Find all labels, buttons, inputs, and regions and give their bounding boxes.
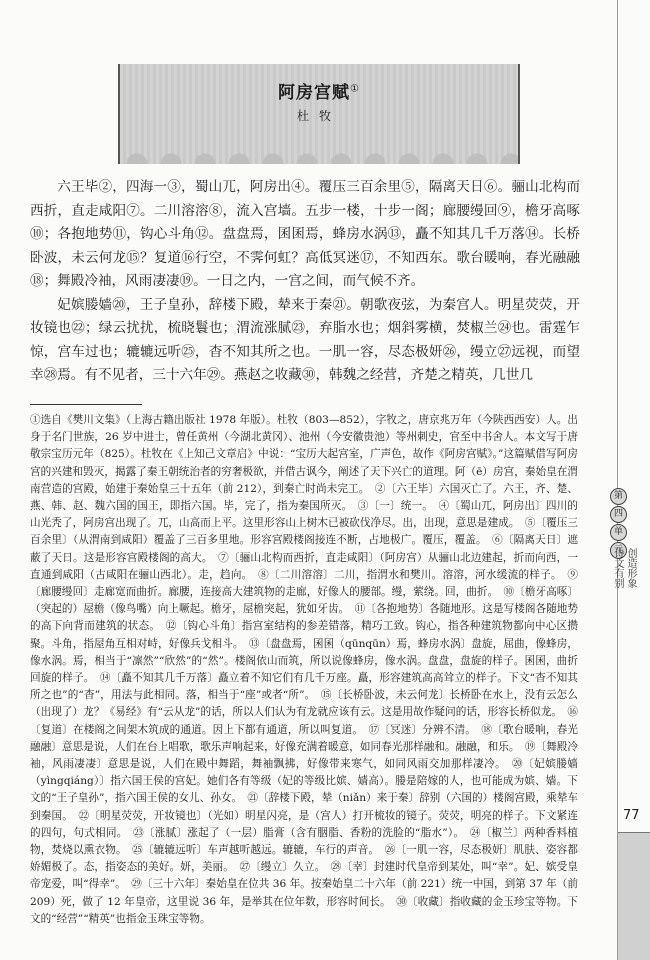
unit-theme-text: 创造形象 — [624, 548, 637, 588]
footnote-divider — [30, 404, 142, 405]
paragraph: 六王毕②，四海一③，蜀山兀，阿房出④。覆压三百余里⑤，隔离天日⑥。骊山北构而西折… — [30, 176, 580, 294]
unit-badge: 第 — [610, 488, 627, 505]
wave-pattern-decoration — [120, 142, 518, 164]
author-name: 杜牧 — [120, 107, 518, 124]
footnotes: ①选自《樊川文集》（上海古籍出版社 1978 年版）。杜牧（803—852），字… — [30, 412, 578, 928]
footnote-text: ①选自《樊川文集》（上海古籍出版社 1978 年版）。杜牧（803—852），字… — [30, 412, 578, 928]
unit-badge: 单 — [610, 524, 627, 541]
unit-badge: 四 — [610, 506, 627, 523]
page-title: 阿房宫赋① — [120, 78, 518, 103]
unit-theme: 创造形象 诗文有别 — [623, 548, 637, 588]
paragraph: 妃嫔媵嫱⑳，王子皇孙，辞楼下殿，辇来于秦㉑。朝歌夜弦，为秦宫人。明星荧荧，开妆镜… — [30, 294, 580, 388]
title-banner: 阿房宫赋① 杜牧 — [118, 64, 520, 164]
unit-subtheme-text: 诗文有别 — [611, 548, 624, 588]
footnote-marker: ① — [350, 83, 360, 94]
page-edge-tab — [618, 832, 650, 960]
margin-divider — [617, 0, 618, 960]
main-text: 六王毕②，四海一③，蜀山兀，阿房出④。覆压三百余里⑤，隔离天日⑥。骊山北构而西折… — [30, 176, 580, 388]
page-number: 77 — [623, 808, 640, 823]
